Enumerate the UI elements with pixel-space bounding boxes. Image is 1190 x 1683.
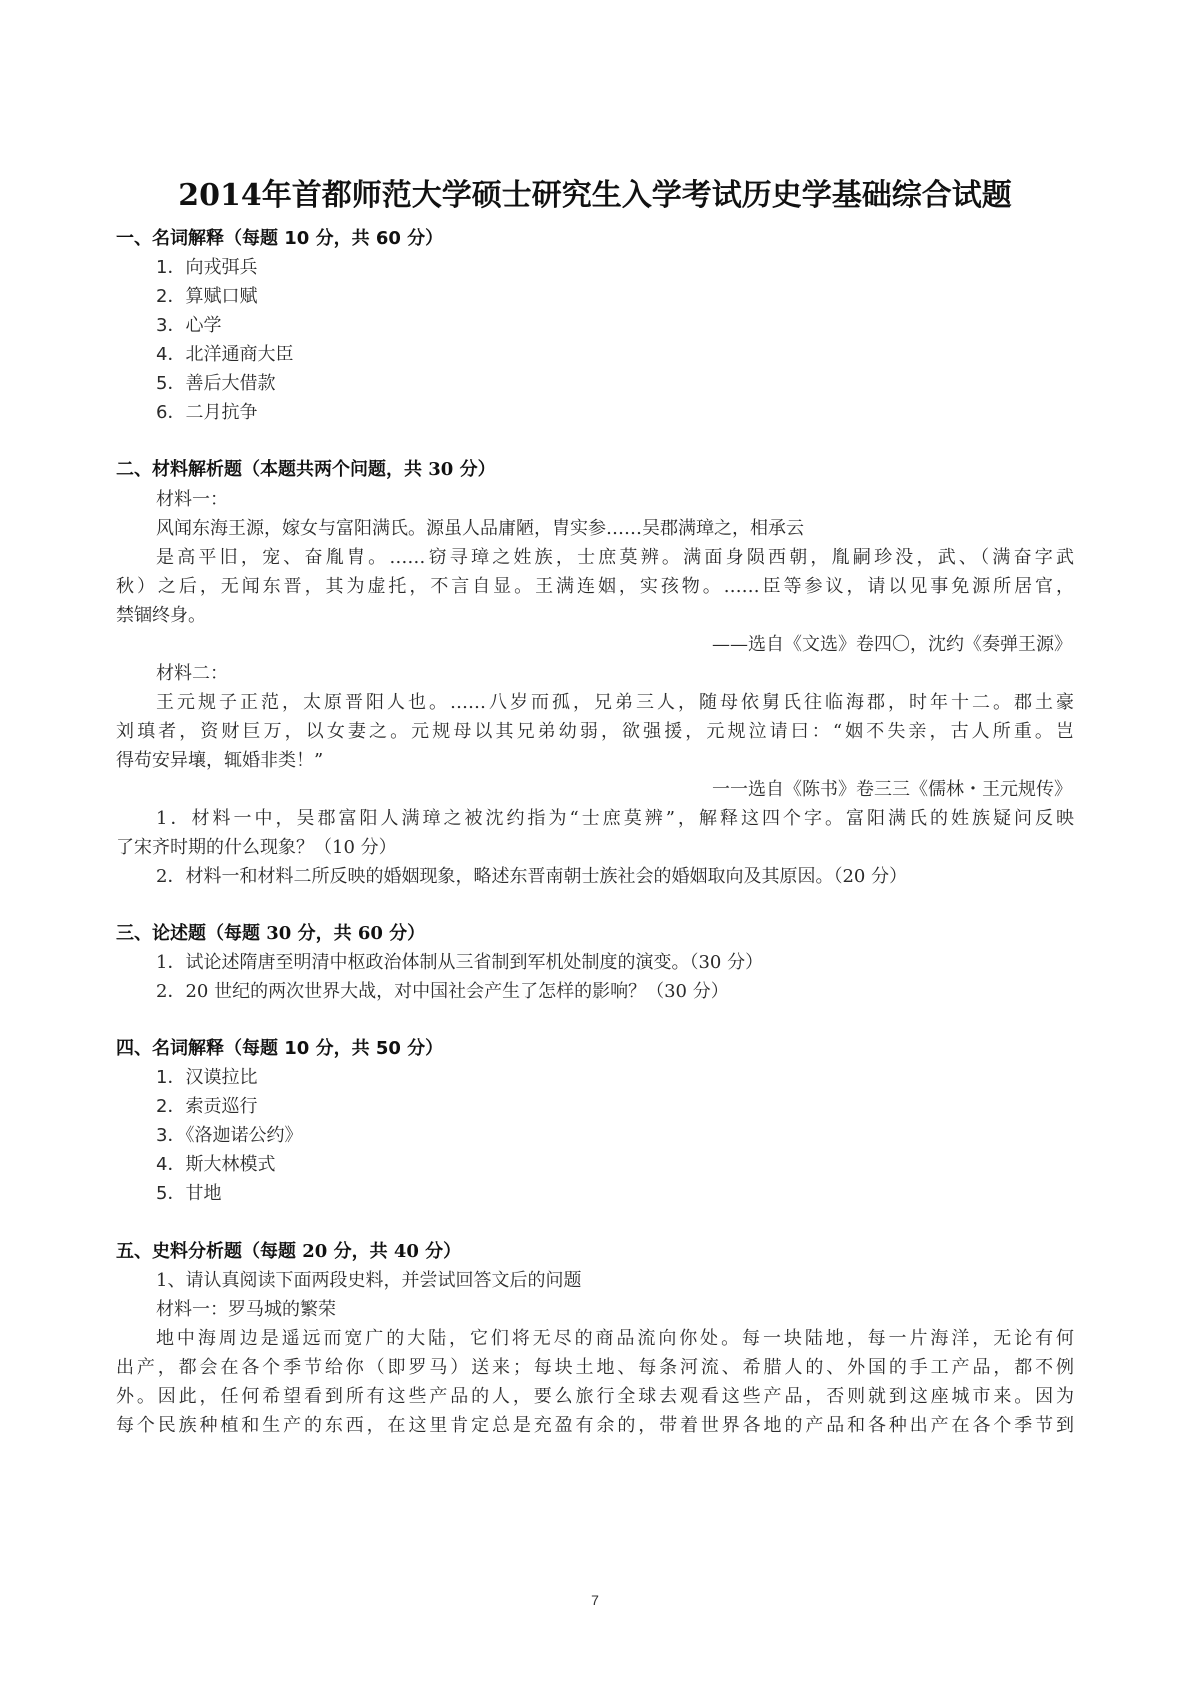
material-1-label: 材料一： xyxy=(156,485,228,511)
section-5-intro: 1、请认真阅读下面两段史料，并尝试回答文后的问题 xyxy=(156,1266,581,1292)
section-1-item: 3．心学 xyxy=(156,311,221,337)
section-5-heading: 五、史料分析题（每题 20 分，共 40 分） xyxy=(116,1237,461,1263)
material-1-line: 出产，都会在各个季节给你（即罗马）送来；每块土地、每条河流、希腊人的、外国的手工… xyxy=(116,1353,1074,1379)
section-1-item: 1．向戎弭兵 xyxy=(156,253,257,279)
question: 了宋齐时期的什么现象？（10 分） xyxy=(116,833,397,859)
material-1-label: 材料一：罗马城的繁荣 xyxy=(156,1295,336,1321)
material-2-source: 一一选自《陈书》卷三三《儒林・王元规传》 xyxy=(712,775,1072,801)
material-1-line: 是高平旧，宠、奋胤胄。……窃寻璋之姓族，士庶莫辨。满面身陨西朝，胤嗣珍没，武、（… xyxy=(156,543,1074,569)
material-2-line: 王元规子正范，太原晋阳人也。……八岁而孤，兄弟三人，随母依舅氏往临海郡，时年十二… xyxy=(156,688,1074,714)
section-1-item: 2．算赋口赋 xyxy=(156,282,257,308)
exam-page: 2014年首都师范大学硕士研究生入学考试历史学基础综合试题 一、名词解释（每题 … xyxy=(0,0,1190,1683)
material-1-line: 秋）之后，无闻东晋，其为虚托，不言自显。王满连姻，实孩物。……臣等参议，请以见事… xyxy=(116,572,1074,598)
material-2-label: 材料二： xyxy=(156,659,228,685)
document-title: 2014年首都师范大学硕士研究生入学考试历史学基础综合试题 xyxy=(0,170,1190,214)
material-1-source: ——选自《文选》卷四〇，沈约《奏弹王源》 xyxy=(712,630,1072,656)
section-4-item: 2．索贡巡行 xyxy=(156,1092,257,1118)
section-4-item: 1．汉谟拉比 xyxy=(156,1063,257,1089)
section-4-item: 5．甘地 xyxy=(156,1179,221,1205)
material-2-line: 得苟安异壤，辄婚非类！” xyxy=(116,746,323,772)
section-4-item: 3．《洛迦诺公约》 xyxy=(156,1121,302,1147)
section-2-heading: 二、材料解析题（本题共两个问题，共 30 分） xyxy=(116,455,496,481)
material-2-line: 刘瑱者，资财巨万，以女妻之。元规母以其兄弟幼弱，欲强援，元规泣请曰：“姻不失亲，… xyxy=(116,717,1074,743)
section-3-heading: 三、论述题（每题 30 分，共 60 分） xyxy=(116,919,425,945)
material-1-line: 地中海周边是遥远而宽广的大陆，它们将无尽的商品流向你处。每一块陆地，每一片海洋，… xyxy=(156,1324,1074,1350)
essay-question: 1．试论述隋唐至明清中枢政治体制从三省制到军机处制度的演变。（30 分） xyxy=(156,948,763,974)
question: 2．材料一和材料二所反映的婚姻现象，略述东晋南朝士族社会的婚姻取向及其原因。（2… xyxy=(156,862,907,888)
section-1-item: 4．北洋通商大臣 xyxy=(156,340,293,366)
section-1-heading: 一、名词解释（每题 10 分，共 60 分） xyxy=(116,224,443,250)
material-1-line: 禁锢终身。 xyxy=(116,601,206,627)
section-4-item: 4．斯大林模式 xyxy=(156,1150,275,1176)
essay-question: 2．20 世纪的两次世界大战，对中国社会产生了怎样的影响？（30 分） xyxy=(156,977,729,1003)
section-1-item: 5．善后大借款 xyxy=(156,369,275,395)
material-1-line: 每个民族种植和生产的东西，在这里肯定总是充盈有余的，带着世界各地的产品和各种出产… xyxy=(116,1411,1074,1437)
material-1-line: 风闻东海王源，嫁女与富阳满氏。源虽人品庸陋，胄实参……吴郡满璋之，相承云 xyxy=(156,514,804,540)
section-1-item: 6．二月抗争 xyxy=(156,398,257,424)
material-1-line: 外。因此，任何希望看到所有这些产品的人，要么旅行全球去观看这些产品，否则就到这座… xyxy=(116,1382,1074,1408)
page-number: 7 xyxy=(0,1592,1190,1608)
question: 1．材料一中，吴郡富阳人满璋之被沈约指为“士庶莫辨”，解释这四个字。富阳满氏的姓… xyxy=(156,804,1074,830)
section-4-heading: 四、名词解释（每题 10 分，共 50 分） xyxy=(116,1034,443,1060)
